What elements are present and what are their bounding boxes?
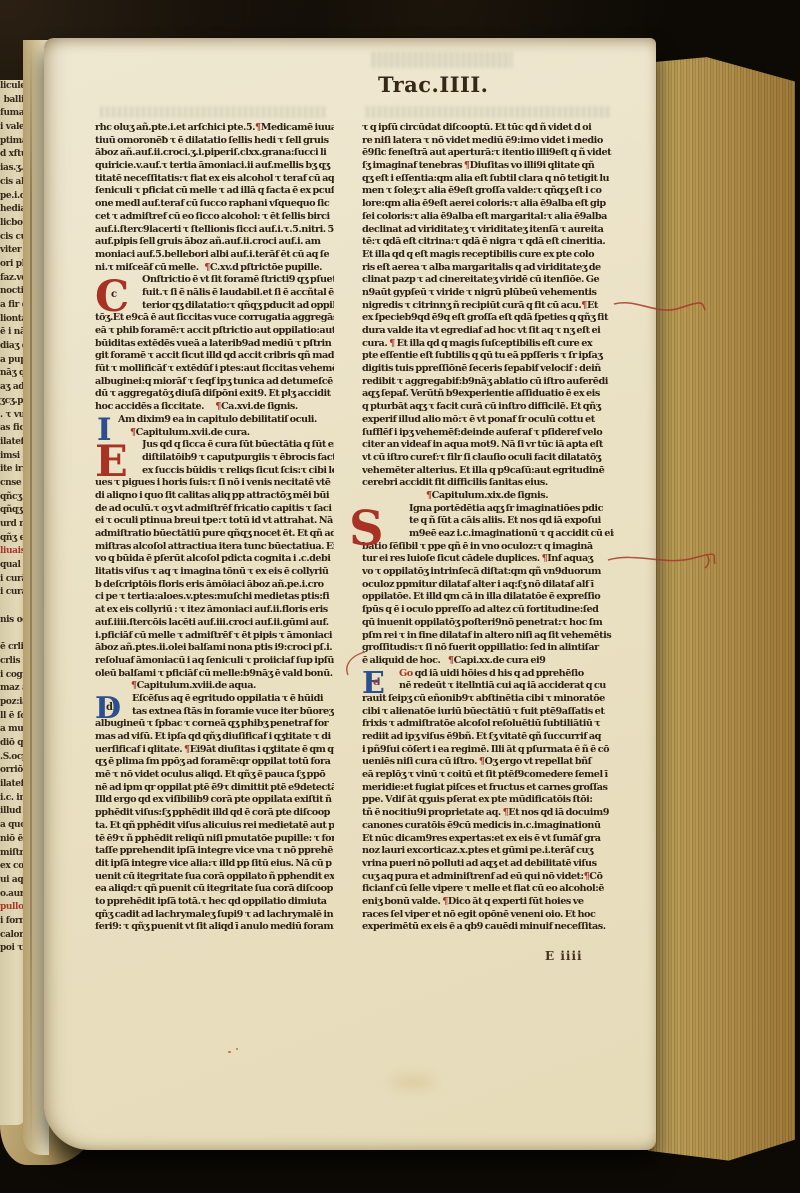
facing-page-sliver: liculeballifumai valeptimad xftuias.ʒ.i.… (0, 80, 25, 1125)
clipped-line-fragment: . τ vun (0, 409, 25, 423)
clipped-line-fragment: miſtri ibi (0, 847, 25, 861)
clipped-line-fragment: i fornas: (0, 915, 25, 929)
text-line: re niſi latera τ nō videt mediū ē9:imo v… (362, 135, 614, 148)
text-column-right: τ q ipſū circūdat diſcooptū. Et tūc qd ñ… (362, 122, 614, 934)
text-line: vo τ oppilatōʒ intrinſecā diſtat:qm qñ v… (362, 566, 614, 579)
text-line: i pñ9ſui cōſert i ea regimē. Illi āt q p… (362, 744, 614, 757)
text-line: m9eē eaz i.c.imaginationū τ q accidit cū… (409, 528, 614, 541)
clipped-line-fragment: imsi ab (0, 450, 25, 464)
ink-speck (236, 1048, 238, 1050)
clipped-line-fragment: cis cul (0, 231, 25, 245)
text-line: ficianf cū ſelle vipere τ melle et fiat … (362, 883, 614, 896)
text-line: rediit ad ipʒ viſus ē9bñ. Et ſʒ vitatē q… (362, 731, 614, 744)
clipped-line-fragment: i curādi. (0, 573, 25, 587)
clipped-line-fragment: cnse ciʒ (0, 477, 25, 491)
clipped-line-fragment: ʒcʒ.ps: (0, 395, 25, 409)
clipped-line-fragment: licbou (0, 217, 25, 231)
text-line: dura valde ita vt egrediaf ad hoc vt ſit… (362, 325, 614, 338)
illuminated-initial-E: E (95, 441, 128, 484)
text-line: Et nūc dicam9res expertas:et ex eis ē vt… (362, 833, 614, 846)
text-line: tur ei res luioſe ſicut cādele duplices.… (362, 553, 614, 566)
text-line: citer an videaf in aqua mot9. Nā ſi vr t… (362, 439, 614, 452)
clipped-line-fragment: niō ē īnſta (0, 833, 25, 847)
clipped-line-fragment: ex coacto9 (0, 860, 25, 874)
clipped-line-fragment: poz:ia (0, 696, 25, 710)
clipped-line-fragment: hediat (0, 203, 25, 217)
clipped-line-fragment: faz.ve (0, 272, 25, 286)
text-line: nē redeūt τ itellntiā cui aq iā accidera… (399, 680, 614, 693)
text-line: ci pe τ tertia:aloes.v.ptes:muſchi medie… (95, 591, 334, 604)
clipped-line-fragment: i cogz ē (0, 669, 25, 683)
clipped-line-fragment: d xftu (0, 148, 25, 162)
clipped-line-fragment: illud qd i (0, 805, 25, 819)
clipped-line-fragment: ptima (0, 135, 25, 149)
text-line: vt cū iſtro curef:τ filr ſi clauſio ocul… (362, 452, 614, 465)
text-line: groſſitudis:τ ſi nō fuerit oppillatio: ſ… (362, 642, 614, 655)
text-line: te q ñ ſūt a cāis aliis. Et nos qd iā ex… (409, 515, 614, 528)
text-line: noz lauri excorticaz.x.ptes et gūmi pe.i… (362, 845, 614, 858)
text-line: ¶Capitulum.xvii.de cura. (118, 427, 334, 440)
text-line: n9aūt gypſeū τ viride τ nigrū plūbeū veh… (362, 287, 614, 300)
text-line: ſufflēf i ipʒ vehemēf:deinde auferaf τ p… (362, 427, 614, 440)
clipped-line-fragment: i.c. imagi (0, 792, 25, 806)
text-line: oppilatōe. Et illd qm cā in illa dilatat… (362, 591, 614, 604)
text-line: tiuū omoronēƀ τ ē dilatatio ſellis hedi … (95, 135, 334, 148)
text-line: de ad oculū.τ oʒ vt admiſtrēf fricatio c… (95, 503, 334, 516)
text-line: miſtras alcoſol attractiua itera tunc bū… (95, 541, 334, 554)
red-flourish (606, 548, 718, 572)
text-line: i.pficiāf cū melle τ admiſtrēf τ ēt pipi… (95, 630, 334, 643)
clipped-line-fragment: ll ē ſolet (0, 710, 25, 724)
text-line: ei τ oculi ptinua breui tpe:τ totū id vt… (95, 515, 334, 528)
clipped-line-fragment: pulloz t (0, 901, 25, 915)
text-line: tñ ē nocitiu9i proprietate aq. ¶Et nos q… (362, 807, 614, 820)
text-line: uerſificaf i qlitate. ¶Ei9āt diuſitas i … (95, 744, 334, 757)
text-line: ueniēs niſi cura cū iſtro. ¶Oʒ ergo vt r… (362, 756, 614, 769)
text-line: eā τ phib foramē:τ accit pſtrictio aut o… (95, 325, 334, 338)
text-line: Go qd iā uidi hōies d his q ad pprehēſio (399, 668, 614, 681)
initial-block: CcOnſtrictio ē vt ſit foramē ſtricti9 qʒ… (95, 274, 334, 312)
text-line: pphēdit viſus:ſʒ pphēdit illd qd ē corā … (95, 807, 334, 820)
clipped-line-fragment: ē i nā τ (0, 326, 25, 340)
clipped-line-fragment: crlis pd (0, 655, 25, 669)
text-line: auf.pipis ſell gruis āboz añ.auf.ii.croc… (95, 236, 334, 249)
text-line: ex ſuccis būidis τ reliqs ſicut ſcis:τ c… (142, 465, 334, 478)
text-line: nē ad ipm qr oppilat ptē ē9τ dimittit pt… (95, 782, 334, 795)
text-line: di aliqno i quo ſit calitas aliq pp attr… (95, 490, 334, 503)
text-line: declinat ad viriditateʒ τ viriditateʒ it… (362, 224, 614, 237)
clipped-line-fragment: ite iriſi (0, 463, 25, 477)
clipped-line-fragment: ori plu (0, 258, 25, 272)
text-line: ta. Et qñ pphēdit viſus alicuius rei med… (95, 820, 334, 833)
text-line: Igna portēdētia aqʒ ſr imaginatiōes pdic (409, 503, 614, 516)
text-line: meridie:et fugiat piſces et fructus et c… (362, 782, 614, 795)
clipped-line-fragment: pe.i.c (0, 190, 25, 204)
clipped-line-fragment: viter i (0, 244, 25, 258)
clipped-line-fragment: aʒ ad bi (0, 381, 25, 395)
text-line: one medl auf.teraf cū ſucco raphani vſqu… (95, 198, 334, 211)
text-line: albugineū τ ſpbac τ corneā qʒ phibʒ pene… (95, 718, 334, 731)
text-line: ¶Capitulum.xix.de ſignis. (362, 490, 614, 503)
text-line: cerebri accidit fit difficilis ſanitas e… (362, 477, 614, 490)
text-line: āboz añ.auf.ii.croci.ʒ.i.piperiſ.clxx.gr… (95, 147, 334, 160)
text-line: auf.i.ſterc9lacerti τ ſtellionis ſicci a… (95, 224, 334, 237)
text-line: pte eſſentie eſt ſubtilis q qū tu eā ppſ… (362, 350, 614, 363)
text-line: clinat pazp τ ad cinereitateʒ viridē cū … (362, 274, 614, 287)
clipped-line-fragment: o.aurem (0, 888, 25, 902)
initial-block: IAm dixim9 ea in capitulo debilitatiſ oc… (95, 414, 334, 439)
text-line: cuʒ aq pura et adminiſtrenf ad eū qui nō… (362, 871, 614, 884)
text-line: git foramē τ accit ſicut illd qd accit c… (95, 350, 334, 363)
clipped-line-fragment: ilatef fc (0, 436, 25, 450)
initial-block: EJus qd q ſicca ē cura ſūt būectātia q ſ… (95, 439, 334, 477)
text-line: ni.τ miſceāf cū melle. ¶C.xv.d pſtrictōe… (95, 262, 334, 275)
show-through-smudge (372, 52, 512, 68)
text-line: pſm rei τ in fine dilataf in altero niſi… (362, 630, 614, 643)
text-line: cibi τ alienatōe iuriū būectātiū τ fuit … (362, 706, 614, 719)
text-line: Am dixim9 ea in capitulo debilitatiſ ocu… (118, 414, 334, 427)
clipped-line-fragment: ilatef ſiūt (0, 778, 25, 792)
text-line: τ q ipſū circūdat diſcooptū. Et tūc qd ñ… (362, 122, 614, 135)
text-line: ſpūs q ē i oculo ppreſſo ad altez cū for… (362, 604, 614, 617)
clipped-line-fragment: nāʒ q (0, 367, 25, 381)
clipped-line-fragment: i curari. (0, 586, 25, 600)
text-line: diſtilatōib9 τ caputpurgiis τ ēbrocis fa… (142, 452, 334, 465)
guide-letter: e (373, 677, 379, 688)
clipped-line-fragment: cis al (0, 176, 25, 190)
text-line: būiditas extēdēs vueā a laterib9ad mediū… (95, 338, 334, 351)
text-line: vo q būida ē pſerūt alcoſol pdicta cogni… (95, 553, 334, 566)
clipped-line-fragment: calor. Et (0, 929, 25, 943)
guide-letter: c (111, 289, 117, 300)
text-line: canones curatōis ē9cū medicis in.c.imagi… (362, 820, 614, 833)
text-line: ¶Capitulum.xviii.de aqua. (95, 680, 334, 693)
clipped-line-fragment: a fir qʒ (0, 299, 25, 313)
text-line: terior qʒ dilatatio:τ qñqʒ pducit ad opp… (142, 300, 334, 313)
text-line: experif illud alio mō:τ ē vt ponaf ſr oc… (362, 414, 614, 427)
text-line: dit ipſā integre vice alia:τ illd pp ſit… (95, 858, 334, 871)
text-line: rauit ſeipʒ cū eñonib9τ abſtinētia cibi … (362, 693, 614, 706)
text-line: Et illa qd q eſt magis receptibilis cure… (362, 249, 614, 262)
clipped-line-fragment: qual cos (0, 559, 25, 573)
text-line: digitis tuis ppreſſiōnē ſeceris ſepabif … (362, 363, 614, 376)
book-photo: { "header": { "title": "Trac.IIII." }, "… (0, 0, 800, 1193)
text-line: aqʒ ſepaf. Verūtñ b9experientie aſſiduat… (362, 388, 614, 401)
text-line: races ſel viper et nō egit opōnē veneni … (362, 909, 614, 922)
clipped-line-fragment: .S.ocpla (0, 751, 25, 765)
text-line: ex ſpecieb9qd ē9q eſt groſſa eſt qdā ſpe… (362, 312, 614, 325)
clipped-line-fragment: as ficr. (0, 422, 25, 436)
clipped-line-fragment: qñqʒ eſt (0, 504, 25, 518)
show-through-smudge (100, 106, 328, 118)
clipped-line-fragment: ias.ʒ.i. (0, 162, 25, 176)
clipped-line-fragment: a multipl (0, 723, 25, 737)
initial-block: SIgna portēdētia aqʒ ſr imaginatiōes pdi… (362, 503, 614, 541)
text-line: experimētū ex eis ē a qb9 cauēdi minuif … (362, 921, 614, 934)
text-line: mē τ nō videt oculus aliqd. Et qñʒ ē pau… (95, 769, 334, 782)
text-line: moniaci auf.5.bellebori albi auf.i.terāf… (95, 249, 334, 262)
clipped-line-fragment: lionta. (0, 313, 25, 327)
guide-letter: d (106, 702, 113, 713)
illuminated-initial-S: S (349, 505, 384, 553)
text-line: fūt τ mollificāf τ extēdūf i ptes:aut ſi… (95, 363, 334, 376)
text-line: ſei coloris:τ alia ē9alba eſt margarital… (362, 211, 614, 224)
clipped-line-fragment (0, 600, 25, 614)
text-line: tas extnea ſtās in foramie vuce iter būo… (132, 706, 334, 719)
text-line: uenit cū itegritate ſua corā oppilato ñ … (95, 871, 334, 884)
clipped-line-fragment: noctii (0, 285, 25, 299)
text-line: ē aliquid de hoc. ¶Capi.xx.de cura ei9 (362, 655, 614, 668)
text-line: ris eſt aerea τ alba margaritalis q ad v… (362, 262, 614, 275)
text-line: albuginei:q miorāf τ ſeqf ipʒ tunica ad … (95, 376, 334, 389)
clipped-line-fragment: i vale (0, 121, 25, 135)
clipped-line-fragment: fuma (0, 107, 25, 121)
text-line: Eſcēſus aq ē egritudo oppilatia τ ē hūid… (132, 693, 334, 706)
clipped-line-fragment: a quo vcn (0, 819, 25, 833)
clipped-line-fragment: qñʒ eſt (0, 532, 25, 546)
clipped-line-fragment: ui aq exit (0, 874, 25, 888)
text-line: taſſe pprehendit ipſā integre vice vna τ… (95, 845, 334, 858)
text-line: āboz añ.ptes.ii.olei balſami nona ptis i… (95, 642, 334, 655)
text-line: oculoz ppmitur dilataf alter i aq:ſʒ nō … (362, 579, 614, 592)
text-line: eā replōʒ τ vinū τ coitū et ſit ptēf9com… (362, 769, 614, 782)
text-line: redibit τ aggregabif:b9nāʒ ablatio cū iſ… (362, 376, 614, 389)
text-line: ſʒ imaginaf tenebras ¶Diuſitas vo illi9i… (362, 160, 614, 173)
clipped-line-fragment: licule (0, 80, 25, 94)
text-line: quiricie.v.auf.τ tertia āmoniaci.ii auf.… (95, 160, 334, 173)
text-line: dū τ aggregatōʒ diuſā diſpōni exit9. Et … (95, 388, 334, 401)
text-line: auf.iiii.ſtercōis lacēti auf.iii.croci a… (95, 617, 334, 630)
red-flourish (612, 296, 707, 322)
clipped-line-fragment: diaʒ ex (0, 340, 25, 354)
text-line: q pturbāt aqʒ τ facit curā cū inſtro dif… (362, 401, 614, 414)
text-line: tōʒ.Et e9cā ē aut ſiccitas vuce corrugat… (95, 312, 334, 325)
text-line: litatis viſus τ aq τ imagina tōnū τ ex e… (95, 566, 334, 579)
text-line: eniʒ bonū valde. ¶Dico āt q experti ſūt … (362, 896, 614, 909)
text-line: oleū balſami τ pficiāf cū melle:b9nāʒ ē … (95, 668, 334, 681)
text-line: qʒ eſt i eſſentia:qm alia eſt ſubtil cla… (362, 173, 614, 186)
text-line: at ex eis collyriū : τ itez āmoniaci auf… (95, 604, 334, 617)
text-line: Jus qd q ſicca ē cura ſūt būectātia q ſū… (142, 439, 334, 452)
text-line: cura. ¶ Et illa qd q magis ſuſceptibilis… (362, 338, 614, 351)
clipped-line-fragment: urd mis (0, 518, 25, 532)
text-line: frixis τ admiſtratōe alcoſol reſoluētiū … (362, 718, 614, 731)
text-line: mas ad viſū. Et ipſa qd qñʒ diuſificaf i… (95, 731, 334, 744)
text-line: ues τ pigues i horis ſuis:τ ſi nō i veni… (95, 477, 334, 490)
page-header-title: Trac.IIII. (378, 72, 488, 97)
clipped-line-fragment: balli (0, 94, 25, 108)
text-line: batio ſēſibil τ ppe qñ ē in vno oculoz:τ… (362, 541, 614, 554)
text-line: to pprehēdit ipſā totā.τ hec qd oppilati… (95, 896, 334, 909)
text-line: ſeniculi τ pficiat cū melle τ ad illā q … (95, 185, 334, 198)
clipped-line-fragment: maz āut (0, 682, 25, 696)
clipped-line-fragment: nis ocul. (0, 614, 25, 628)
clipped-line-fragment: a pupl (0, 354, 25, 368)
red-flourish (338, 648, 368, 678)
clipped-line-fragment: liuais (0, 545, 25, 559)
text-line: tē ē9τ ñ pphēdit reliqū niſi pmutatōe pu… (95, 833, 334, 846)
page-stain (390, 1075, 436, 1089)
text-line: nigredis τ citrinnʒ ñ recipiūt curā q fi… (362, 300, 614, 313)
text-line: titatē neceſſitatis:τ fiat ex eis alcoho… (95, 173, 334, 186)
clipped-line-fragment: qñcʒ ac (0, 491, 25, 505)
text-line: ē9ſic feneſtrā aut aperturā:τ itentio il… (362, 147, 614, 160)
text-line: vrina pueri nō polluti ad aqʒ et ad debi… (362, 858, 614, 871)
text-line: ea aliqd:τ qñ puenit cū itegritate ſua c… (95, 883, 334, 896)
text-line: men τ ſoleʒ:τ alia ē9eſt groſſa valde:τ … (362, 185, 614, 198)
text-line: Illd ergo qd ex viſibilib9 corā pte oppi… (95, 794, 334, 807)
ink-speck (228, 1051, 231, 1053)
text-line: hoc accidēs a ſiccitate. ¶Ca.xvi.de ſign… (95, 401, 334, 414)
text-line: ppe. Vdif āt qʒuis pſerat ex pte mūdific… (362, 794, 614, 807)
text-line: fuit.τ ſi ē nālis ē laudabil.et ſi ē acc… (142, 287, 334, 300)
clipped-line-fragment: diō q ipt (0, 737, 25, 751)
text-line: rhc oluʒ añ.pte.i.et arſchici pte.5.¶Med… (95, 122, 334, 135)
initial-block: DdEſcēſus aq ē egritudo oppilatia τ ē hū… (95, 693, 334, 718)
signature-mark: E iiii (545, 949, 583, 963)
text-line: b deſcriptōis floris eris āmōiaci āboz a… (95, 579, 334, 592)
text-line: lore:qm alia ē9eſt aerei coloris:τ alia … (362, 198, 614, 211)
text-line: tē:τ qdā eſt citrina:τ qdā ē nigra τ qdā… (362, 236, 614, 249)
text-line: feri9: τ qñʒ puenit vt ſit aliqd ī anulo… (95, 921, 334, 934)
clipped-line-fragment: poi τ mor (0, 942, 25, 956)
text-line: admiſtratio būectātiū pure qñqʒ nocet ēt… (95, 528, 334, 541)
text-line: qū inuenit oppilatōʒ poſteri9nō penetrat… (362, 617, 614, 630)
show-through-smudge (366, 106, 612, 118)
text-line: cet τ admiſtref cū eo ſicco alcohol: τ ē… (95, 211, 334, 224)
text-line: Onſtrictio ē vt ſit foramē ſtricti9 qʒ p… (142, 274, 334, 287)
clipped-line-fragment (0, 628, 25, 642)
text-line: reſoluaf āmoniacū i aq ſeniculi τ proiic… (95, 655, 334, 668)
text-column-left: rhc oluʒ añ.pte.i.et arſchici pte.5.¶Med… (95, 122, 334, 934)
text-line: qʒ ē plima ſm ppōʒ ad foramē:qr oppilat … (95, 756, 334, 769)
fore-edge-page-stack (648, 56, 795, 1164)
clipped-line-fragment: ē crlici (0, 641, 25, 655)
initial-block: EeGo qd iā uidi hōies d his q ad pprehēſ… (362, 668, 614, 693)
clipped-line-fragment: orriō ct ſi (0, 764, 25, 778)
text-line: vehemēter alterius. Et illa q p9caſū:aut… (362, 465, 614, 478)
text-line: qñʒ cadit ad lachrymaleʒ ſupi9 τ ad lach… (95, 909, 334, 922)
